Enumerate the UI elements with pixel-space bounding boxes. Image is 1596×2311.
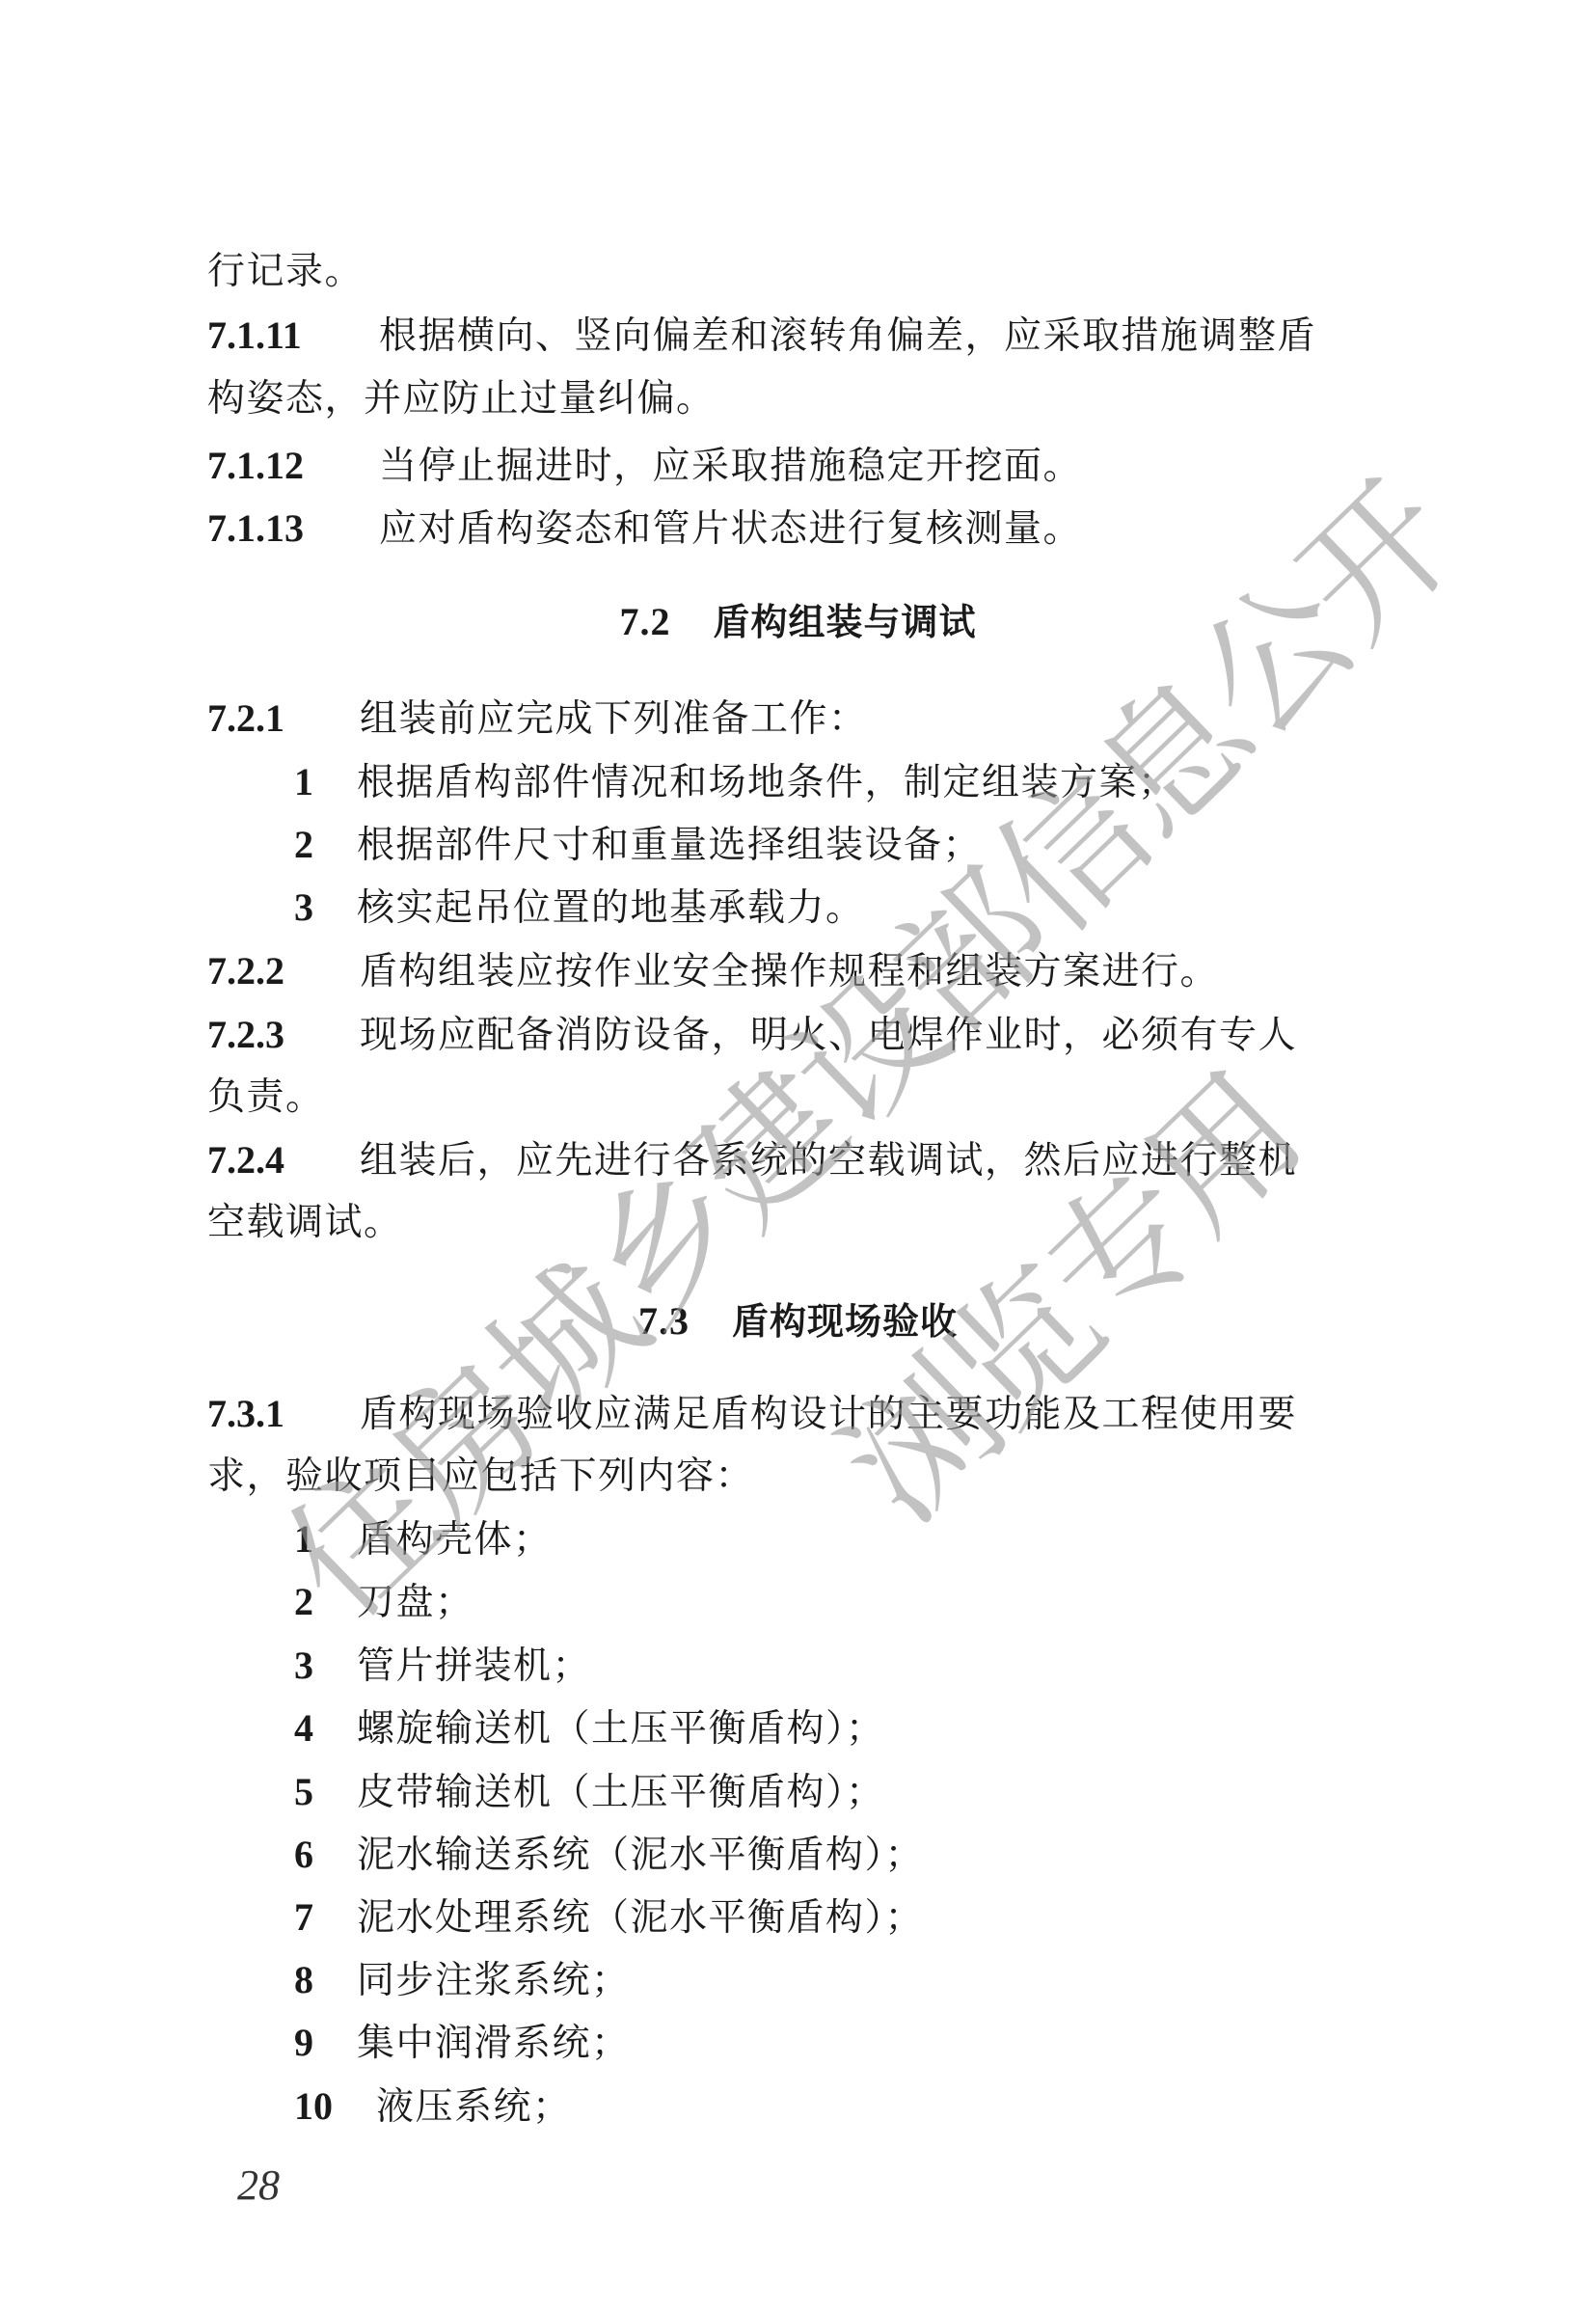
list-item-text: 液压系统； (376, 2085, 572, 2129)
list-item-number: 3 (294, 1634, 357, 1698)
section-number: 7.3 (638, 1299, 690, 1343)
clause-text: 盾构现场验收应满足盾构设计的主要功能及工程使用要 (360, 1393, 1297, 1436)
clause-7-1-11: 7.1.11根据横向、竖向偏差和滚转角偏差，应采取措施调整盾 (207, 304, 1316, 367)
list-item-number: 4 (294, 1697, 357, 1760)
list-item-number: 3 (294, 876, 357, 939)
clause-number: 7.1.12 (207, 434, 379, 498)
clause-number: 7.3.1 (207, 1382, 360, 1446)
clause-7-2-3: 7.2.3现场应配备消防设备，明火、电焊作业时，必须有专人 (207, 1003, 1297, 1067)
clause-7-2-4: 7.2.4组装后，应先进行各系统的空载调试，然后应进行整机 (207, 1128, 1297, 1192)
list-item-number: 7 (294, 1886, 357, 1949)
clause-text: 当停止掘进时，应采取措施稳定开挖面。 (379, 445, 1082, 488)
list-item-number: 2 (294, 813, 357, 877)
clause-7-1-13: 7.1.13应对盾构姿态和管片状态进行复核测量。 (207, 497, 1082, 560)
list-item-text: 盾构壳体； (357, 1518, 553, 1562)
clause-text: 根据横向、竖向偏差和滚转角偏差，应采取措施调整盾 (379, 314, 1316, 358)
list-item-text: 螺旋输送机（土压平衡盾构）； (357, 1707, 885, 1751)
clause-text: 组装后，应先进行各系统的空载调试，然后应进行整机 (360, 1139, 1297, 1183)
list-item: 2根据部件尺寸和重量选择组装设备； (294, 813, 982, 877)
list-item-text: 皮带输送机（土压平衡盾构）； (357, 1771, 885, 1814)
clause-number: 7.2.3 (207, 1003, 360, 1067)
list-item: 8同步注浆系统； (294, 1948, 631, 2012)
list-item-number: 9 (294, 2011, 357, 2075)
clause-text: 求，验收项目应包括下列内容： (207, 1455, 754, 1498)
list-item-text: 根据盾构部件情况和场地条件，制定组装方案； (357, 761, 1177, 804)
clause-number: 7.2.4 (207, 1128, 360, 1192)
list-item: 6泥水输送系统（泥水平衡盾构）； (294, 1823, 924, 1887)
clause-7-2-4-continuation: 空载调试。 (207, 1191, 403, 1255)
list-item-text: 泥水处理系统（泥水平衡盾构）； (357, 1896, 924, 1940)
list-item: 9集中润滑系统； (294, 2011, 631, 2075)
list-item-number: 1 (294, 1508, 357, 1571)
list-item: 2刀盘； (294, 1570, 474, 1634)
list-item-text: 核实起吊位置的地基承载力。 (357, 886, 865, 930)
list-item-text: 根据部件尺寸和重量选择组装设备； (357, 824, 982, 867)
section-number: 7.2 (619, 600, 670, 643)
clause-7-2-2: 7.2.2盾构组装应按作业安全操作规程和组装方案进行。 (207, 939, 1219, 1003)
clause-7-3-1: 7.3.1盾构现场验收应满足盾构设计的主要功能及工程使用要 (207, 1382, 1297, 1446)
paragraph-continuation: 行记录。 (207, 240, 364, 304)
clause-text: 盾构组装应按作业安全操作规程和组装方案进行。 (360, 950, 1219, 993)
clause-text: 应对盾构姿态和管片状态进行复核测量。 (379, 507, 1082, 551)
list-item: 4螺旋输送机（土压平衡盾构）； (294, 1697, 885, 1760)
clause-text: 构姿态，并应防止过量纠偏。 (207, 377, 716, 421)
list-item: 10液压系统； (294, 2075, 572, 2138)
clause-number: 7.1.13 (207, 497, 379, 560)
list-item-number: 10 (294, 2075, 376, 2138)
list-item-number: 1 (294, 750, 357, 814)
list-item-text: 泥水输送系统（泥水平衡盾构）； (357, 1834, 924, 1877)
clause-7-3-1-continuation: 求，验收项目应包括下列内容： (207, 1445, 754, 1509)
list-item: 5皮带输送机（土压平衡盾构）； (294, 1760, 885, 1824)
section-heading-7-2: 7.2盾构组装与调试 (0, 590, 1596, 654)
clause-7-2-3-continuation: 负责。 (207, 1066, 325, 1129)
list-item-text: 集中润滑系统； (357, 2022, 631, 2065)
clause-number: 7.2.1 (207, 687, 360, 750)
clause-text: 现场应配备消防设备，明火、电焊作业时，必须有专人 (360, 1014, 1297, 1057)
list-item-text: 同步注浆系统； (357, 1959, 631, 2002)
list-item-number: 5 (294, 1760, 357, 1824)
section-title: 盾构组装与调试 (713, 601, 976, 643)
clause-7-1-12: 7.1.12当停止掘进时，应采取措施稳定开挖面。 (207, 434, 1082, 498)
clause-text: 空载调试。 (207, 1201, 403, 1244)
section-heading-7-3: 7.3盾构现场验收 (0, 1290, 1596, 1353)
clause-text: 负责。 (207, 1075, 325, 1119)
list-item: 1根据盾构部件情况和场地条件，制定组装方案； (294, 750, 1177, 814)
list-item: 3管片拼装机； (294, 1634, 591, 1698)
paragraph-text: 行记录。 (207, 250, 364, 293)
clause-text: 组装前应完成下列准备工作： (360, 697, 868, 741)
list-item: 7泥水处理系统（泥水平衡盾构）； (294, 1886, 924, 1949)
section-title: 盾构现场验收 (732, 1300, 958, 1343)
clause-number: 7.1.11 (207, 304, 379, 367)
list-item-number: 8 (294, 1948, 357, 2012)
page-number: 28 (237, 2161, 280, 2210)
list-item: 3核实起吊位置的地基承载力。 (294, 876, 865, 939)
list-item-number: 6 (294, 1823, 357, 1887)
list-item-text: 管片拼装机； (357, 1645, 591, 1688)
clause-7-1-11-continuation: 构姿态，并应防止过量纠偏。 (207, 367, 716, 431)
list-item: 1盾构壳体； (294, 1508, 553, 1571)
clause-7-2-1: 7.2.1组装前应完成下列准备工作： (207, 687, 868, 750)
clause-number: 7.2.2 (207, 939, 360, 1003)
list-item-number: 2 (294, 1570, 357, 1634)
list-item-text: 刀盘； (357, 1581, 474, 1624)
document-page: 行记录。 7.1.11根据横向、竖向偏差和滚转角偏差，应采取措施调整盾 构姿态，… (0, 0, 1596, 2311)
